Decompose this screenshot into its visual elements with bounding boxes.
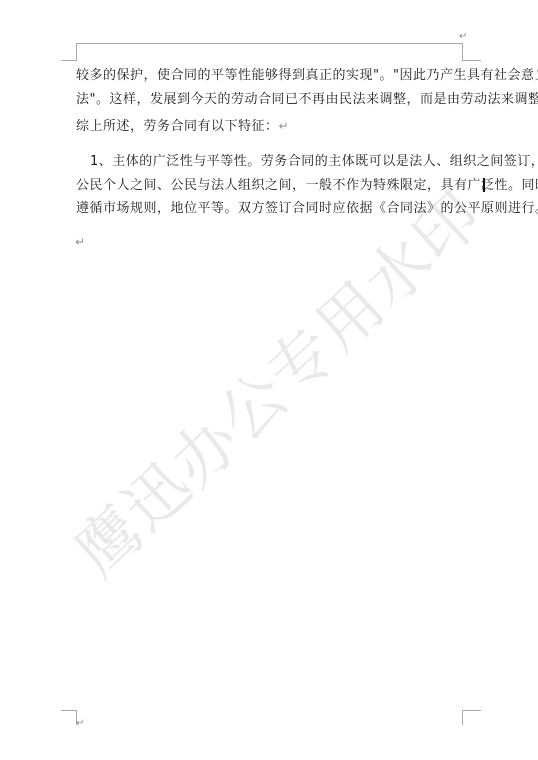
top-left-crop-mark-tick [61,60,76,61]
text-line-content: 法"。这样，发展到今天的劳动合同已不再由民法来调整，而是由劳动法来调整。 [76,92,538,107]
bottom-left-crop-mark-tick [61,710,76,711]
text-line: 1、主体的广泛性与平等性。劳务合同的主体既可以是法人、组织之间签订，也可以是 [76,150,488,174]
paragraph-1[interactable]: 较多的保护，使合同的平等性能够得到真正的实现"。"因此乃产生具有社会意义之劳动契… [76,64,488,111]
text-line: 较多的保护，使合同的平等性能够得到真正的实现"。"因此乃产生具有社会意义之劳动契… [76,64,488,88]
text-line: 遵循市场规则，地位平等。双方签订合同时应依据《合同法》的公平原则进行。↵ [76,197,488,221]
top-left-crop-mark-vertical [76,43,77,61]
paragraph-2[interactable]: 综上所述，劳务合同有以下特征：↵ [76,115,488,139]
text-line-content: 遵循市场规则，地位平等。双方签订合同时应依据《合同法》的公平原则进行。 [76,201,538,216]
text-line: 法"。这样，发展到今天的劳动合同已不再由民法来调整，而是由劳动法来调整。↵ [76,88,488,112]
header-paragraph-mark: ↵ [459,32,467,42]
text-line: 公民个人之间、公民与法人组织之间，一般不作为特殊限定，具有广泛性。同时，双方完全 [76,174,488,198]
footer-paragraph-mark: ↵ [76,719,84,729]
bottom-right-crop-mark-vertical [462,710,463,725]
paragraph-3[interactable]: 1、主体的广泛性与平等性。劳务合同的主体既可以是法人、组织之间签订，也可以是 公… [76,150,488,221]
top-right-crop-mark-vertical [462,43,463,61]
top-right-crop-mark-tick [462,60,481,61]
text-line-content: 综上所述，劳务合同有以下特征： [76,119,279,134]
paragraph-end-mark: ↵ [279,119,289,133]
bottom-right-crop-mark-tick [462,710,481,711]
text-cursor-caret [483,178,485,192]
top-margin-boundary-line [76,43,463,44]
document-page[interactable]: 鹰迅办公专用水印 ↵ ↵ ↵ 较多的保护，使合同的平等性能够得到真正的实现"。"… [0,0,538,760]
watermark-text: 鹰迅办公专用水印 [51,166,500,593]
empty-paragraph-mark: ↵ [75,237,85,247]
text-line: 综上所述，劳务合同有以下特征：↵ [76,115,488,139]
